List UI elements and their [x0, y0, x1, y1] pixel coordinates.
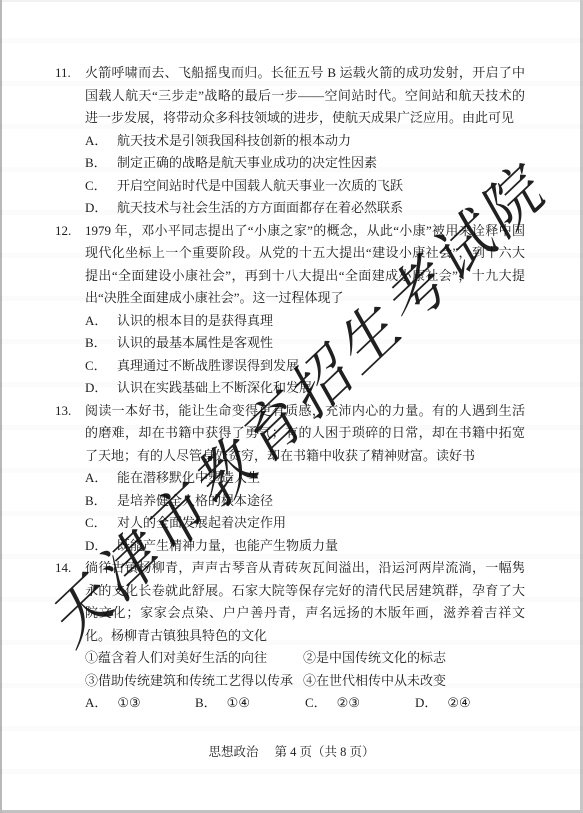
footer-subject: 思想政治 [208, 745, 258, 759]
exam-content: 11. 火箭呼啸而去、飞船摇曳而归。长征五号 B 运载火箭的成功发射，开启了中国… [55, 62, 525, 715]
question-body: 1979 年，邓小平同志提出了“小康之家”的概念，从此“小康”被用来诠释中国现代… [85, 220, 525, 400]
choice-text: ①④ [227, 695, 250, 710]
option-d: D． 航天技术与社会生活的方方面面都存在着必然联系 [85, 197, 525, 220]
choice-label: D． [415, 692, 437, 715]
option-label: D． [85, 377, 117, 400]
footer-page-number: 第 4 页（共 8 页） [275, 745, 375, 759]
choice-b: B．①④ [195, 692, 305, 715]
option-label: C． [85, 175, 117, 198]
question-body: 阅读一本好书，能让生命变得更有质感，充沛内心的力量。有的人遇到生活的磨难，却在书… [85, 400, 525, 558]
option-label: D． [85, 197, 117, 220]
page-footer: 思想政治第 4 页（共 8 页） [0, 742, 583, 760]
statement-row-1: ①蕴含着人们对美好生活的向往 ②是中国传统文化的标志 [85, 647, 525, 670]
option-label: A． [85, 130, 117, 153]
option-label: B． [85, 490, 117, 513]
statement-3: ③借助传统建筑和传统工艺得以传承 [85, 670, 303, 693]
question-stem: 徜徉古镇杨柳青，声声古琴音从青砖灰瓦间溢出，沿运河两岸流淌，一幅隽永的文化长卷就… [85, 557, 525, 647]
question-body: 火箭呼啸而去、飞船摇曳而归。长征五号 B 运载火箭的成功发射，开启了中国载人航天… [85, 62, 525, 220]
question-12: 12. 1979 年，邓小平同志提出了“小康之家”的概念，从此“小康”被用来诠释… [55, 220, 525, 400]
option-text: 开启空间站时代是中国载人航天事业一次质的飞跃 [117, 175, 525, 198]
choice-d: D．②④ [415, 692, 525, 715]
choice-a: A．①③ [85, 692, 195, 715]
option-label: A． [85, 467, 117, 490]
question-13: 13. 阅读一本好书，能让生命变得更有质感，充沛内心的力量。有的人遇到生活的磨难… [55, 400, 525, 558]
option-text: 是培养健全人格的根本途径 [117, 490, 525, 513]
option-text: 航天技术与社会生活的方方面面都存在着必然联系 [117, 197, 525, 220]
option-d: D． 认识在实践基础上不断深化和发展 [85, 377, 525, 400]
option-b: B． 制定正确的战略是航天事业成功的决定性因素 [85, 152, 525, 175]
option-text: 制定正确的战略是航天事业成功的决定性因素 [117, 152, 525, 175]
option-text: 认识的根本目的是获得真理 [117, 310, 525, 333]
option-label: B． [85, 332, 117, 355]
statement-2: ②是中国传统文化的标志 [303, 647, 525, 670]
choice-text: ②④ [447, 695, 470, 710]
option-d: D． 既能产生精神力量，也能产生物质力量 [85, 535, 525, 558]
question-number: 11. [55, 62, 85, 220]
choice-label: B． [195, 692, 217, 715]
option-text: 能在潜移默化中塑造人生 [117, 467, 525, 490]
question-stem: 阅读一本好书，能让生命变得更有质感，充沛内心的力量。有的人遇到生活的磨难，却在书… [85, 400, 525, 468]
option-c: C． 真理通过不断战胜谬误得到发展 [85, 355, 525, 378]
option-label: C． [85, 512, 117, 535]
option-c: C． 对人的全面发展起着决定作用 [85, 512, 525, 535]
exam-page: 11. 火箭呼啸而去、飞船摇曳而归。长征五号 B 运载火箭的成功发射，开启了中国… [0, 0, 583, 813]
question-14: 14. 徜徉古镇杨柳青，声声古琴音从青砖灰瓦间溢出，沿运河两岸流淌，一幅隽永的文… [55, 557, 525, 715]
statement-4: ④在世代相传中从未改变 [303, 670, 525, 693]
question-stem: 火箭呼啸而去、飞船摇曳而归。长征五号 B 运载火箭的成功发射，开启了中国载人航天… [85, 62, 525, 130]
option-text: 既能产生精神力量，也能产生物质力量 [117, 535, 525, 558]
option-label: D． [85, 535, 117, 558]
option-label: C． [85, 355, 117, 378]
option-text: 对人的全面发展起着决定作用 [117, 512, 525, 535]
option-text: 真理通过不断战胜谬误得到发展 [117, 355, 525, 378]
choice-c: C．②③ [305, 692, 415, 715]
choices-row: A．①③ B．①④ C．②③ D．②④ [85, 692, 525, 715]
question-number: 13. [55, 400, 85, 558]
option-label: B． [85, 152, 117, 175]
option-label: A． [85, 310, 117, 333]
option-text: 航天技术是引领我国科技创新的根本动力 [117, 130, 525, 153]
option-b: B． 认识的最基本属性是客观性 [85, 332, 525, 355]
option-text: 认识的最基本属性是客观性 [117, 332, 525, 355]
option-a: A． 认识的根本目的是获得真理 [85, 310, 525, 333]
question-number: 12. [55, 220, 85, 400]
question-number: 14. [55, 557, 85, 715]
option-a: A． 航天技术是引领我国科技创新的根本动力 [85, 130, 525, 153]
choice-text: ①③ [117, 695, 140, 710]
question-body: 徜徉古镇杨柳青，声声古琴音从青砖灰瓦间溢出，沿运河两岸流淌，一幅隽永的文化长卷就… [85, 557, 525, 715]
question-11: 11. 火箭呼啸而去、飞船摇曳而归。长征五号 B 运载火箭的成功发射，开启了中国… [55, 62, 525, 220]
choice-text: ②③ [337, 695, 360, 710]
statement-1: ①蕴含着人们对美好生活的向往 [85, 647, 303, 670]
option-a: A． 能在潜移默化中塑造人生 [85, 467, 525, 490]
choice-label: A． [85, 692, 107, 715]
statement-row-2: ③借助传统建筑和传统工艺得以传承 ④在世代相传中从未改变 [85, 670, 525, 693]
option-b: B． 是培养健全人格的根本途径 [85, 490, 525, 513]
choice-label: C． [305, 692, 327, 715]
option-c: C． 开启空间站时代是中国载人航天事业一次质的飞跃 [85, 175, 525, 198]
question-stem: 1979 年，邓小平同志提出了“小康之家”的概念，从此“小康”被用来诠释中国现代… [85, 220, 525, 310]
option-text: 认识在实践基础上不断深化和发展 [117, 377, 525, 400]
